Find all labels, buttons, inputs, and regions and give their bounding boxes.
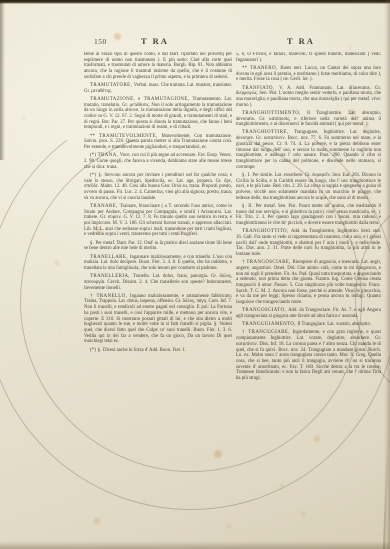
dictionary-entry: TRANFIATO, V. A. Add. Frantumato. Lat. d…	[236, 86, 381, 109]
dictionary-entry: §. Per metaf. Dant. Par. 12. Ond' io là …	[84, 241, 232, 252]
dictionary-entry: ** TRAMUTEVOLMENTE, Mutevolmente, Con tr…	[84, 134, 232, 151]
dictionary-entry: TRANELLARE, Ingannare maliziosamente, e …	[84, 255, 232, 272]
entry-headword: TRAMUTATORE,	[90, 83, 134, 88]
entry-headword: TRANGOSCIATO,	[242, 308, 288, 313]
dictionary-entry: † TRANGOSCIARE, Riempiere di angoscia, e…	[236, 260, 381, 306]
dictionary-entry: † TRANGUGIARE, Ingordamente, e con gran …	[236, 330, 381, 381]
dictionary-entry: TRANGHIOTTIMENTO, Il Tranghiottire. Lat.…	[236, 111, 381, 128]
entry-headword: TRANGHIOTTITO,	[242, 229, 291, 234]
entry-marker: (*)	[90, 153, 98, 158]
entry-headword: TRAMUTAZIONE, e TRAMUTAGIONE,	[90, 97, 192, 102]
entry-marker: **	[90, 134, 99, 139]
dictionary-entry: (*) §. Servono ancora per invitare i pre…	[84, 173, 232, 202]
entry-headword: TRANELLERIA,	[90, 274, 133, 279]
entry-headword: TRANARE,	[90, 204, 120, 209]
entry-marker: §. II.	[242, 204, 255, 209]
dictionary-entry: TRANGOSCIATO, Add. da Trangosciare. Fir.…	[236, 308, 381, 319]
entry-headword: TRANA,	[98, 153, 120, 158]
entry-headword: TRANGUGIARE,	[248, 330, 292, 335]
dictionary-entry: §. II. Per metaf. Sen. Pist. Paura mette…	[236, 204, 381, 227]
dictionary-entry: 5, 6, O Frivoli, e fallaci, malevoli, O …	[236, 52, 381, 63]
dictionary-entry: TRANARE, Trainare, Strascinare ( a T. se…	[84, 204, 232, 238]
entry-headword: TRANGHIOTTIMENTO,	[242, 111, 307, 116]
running-head-right: T RA	[266, 36, 336, 46]
entry-headword: TRANGOSCIARE,	[246, 260, 292, 265]
entry-marker: (*) §.	[90, 348, 103, 353]
entry-headword: TRAMUTEVOLMENTE,	[99, 134, 161, 139]
dictionary-entry: TRANGHIOTTITO, Add. da Tranghiottire, In…	[236, 229, 381, 258]
scanned-dictionary-page: 150 T RA T RA Bene al vezzo tipo di ques…	[0, 0, 390, 549]
entry-headword: TRANELLARE,	[90, 255, 130, 260]
dictionary-entry: Bene al vezzo tipo di questo conto, e da…	[84, 52, 232, 81]
entry-marker: (*) §.	[90, 173, 105, 178]
entry-headword: TRANFIATO,	[242, 86, 279, 91]
scan-edge-top	[0, 0, 390, 4]
dictionary-entry: §. I. Per simile. Lat. exsorbere. Gr. ἐκ…	[236, 173, 381, 202]
page-header: 150 T RA T RA	[0, 36, 390, 48]
dictionary-entry: TRANELLERIA, Tranello. Lat. dolus, fraus…	[84, 274, 232, 291]
entry-headword: TRANGUGIAMENTO,	[242, 322, 298, 327]
entry-marker: §.	[90, 241, 95, 246]
dictionary-entry: † TRANELLO, Inganno maliziosamente, e ar…	[84, 294, 232, 345]
scan-edge-bottom	[0, 541, 390, 549]
dictionary-entry: ** TRANERO, Bares neri. Lucca, un Cantar…	[236, 66, 381, 83]
text-column-right: 5, 6, O Frivoli, e fallaci, malevoli, O …	[236, 52, 381, 446]
dictionary-entry: (*) §. Dicesi anche in forza d' Add. Buo…	[84, 348, 232, 354]
dictionary-entry: TRANGUGIAMENTO, Il Trangugiare. Lat. vor…	[236, 322, 381, 328]
entry-headword: TRANERO,	[250, 66, 281, 71]
dictionary-entry: TRAMUTATORE, Verbal. masc. Che tramuta. …	[84, 83, 232, 94]
entry-marker: §. I.	[242, 173, 252, 178]
entry-marker: **	[242, 66, 250, 71]
entry-headword: TRANGHIOTTIRE,	[242, 130, 294, 135]
entry-headword: TRANELLO,	[96, 294, 130, 299]
page-number: 150	[94, 37, 107, 46]
dictionary-entry: TRAMUTAZIONE, e TRAMUTAGIONE, Tramutamen…	[84, 97, 232, 131]
running-head-left: T RA	[120, 36, 190, 46]
scan-edge-left	[0, 0, 5, 160]
dictionary-entry: TRANGHIOTTIRE, Trangugiare, Inghiottire.…	[236, 130, 381, 170]
text-column-left: Bene al vezzo tipo di questo conto, e da…	[84, 52, 232, 446]
dictionary-entry: (*) TRANA, Voce, con cui il più segue ad…	[84, 153, 232, 170]
